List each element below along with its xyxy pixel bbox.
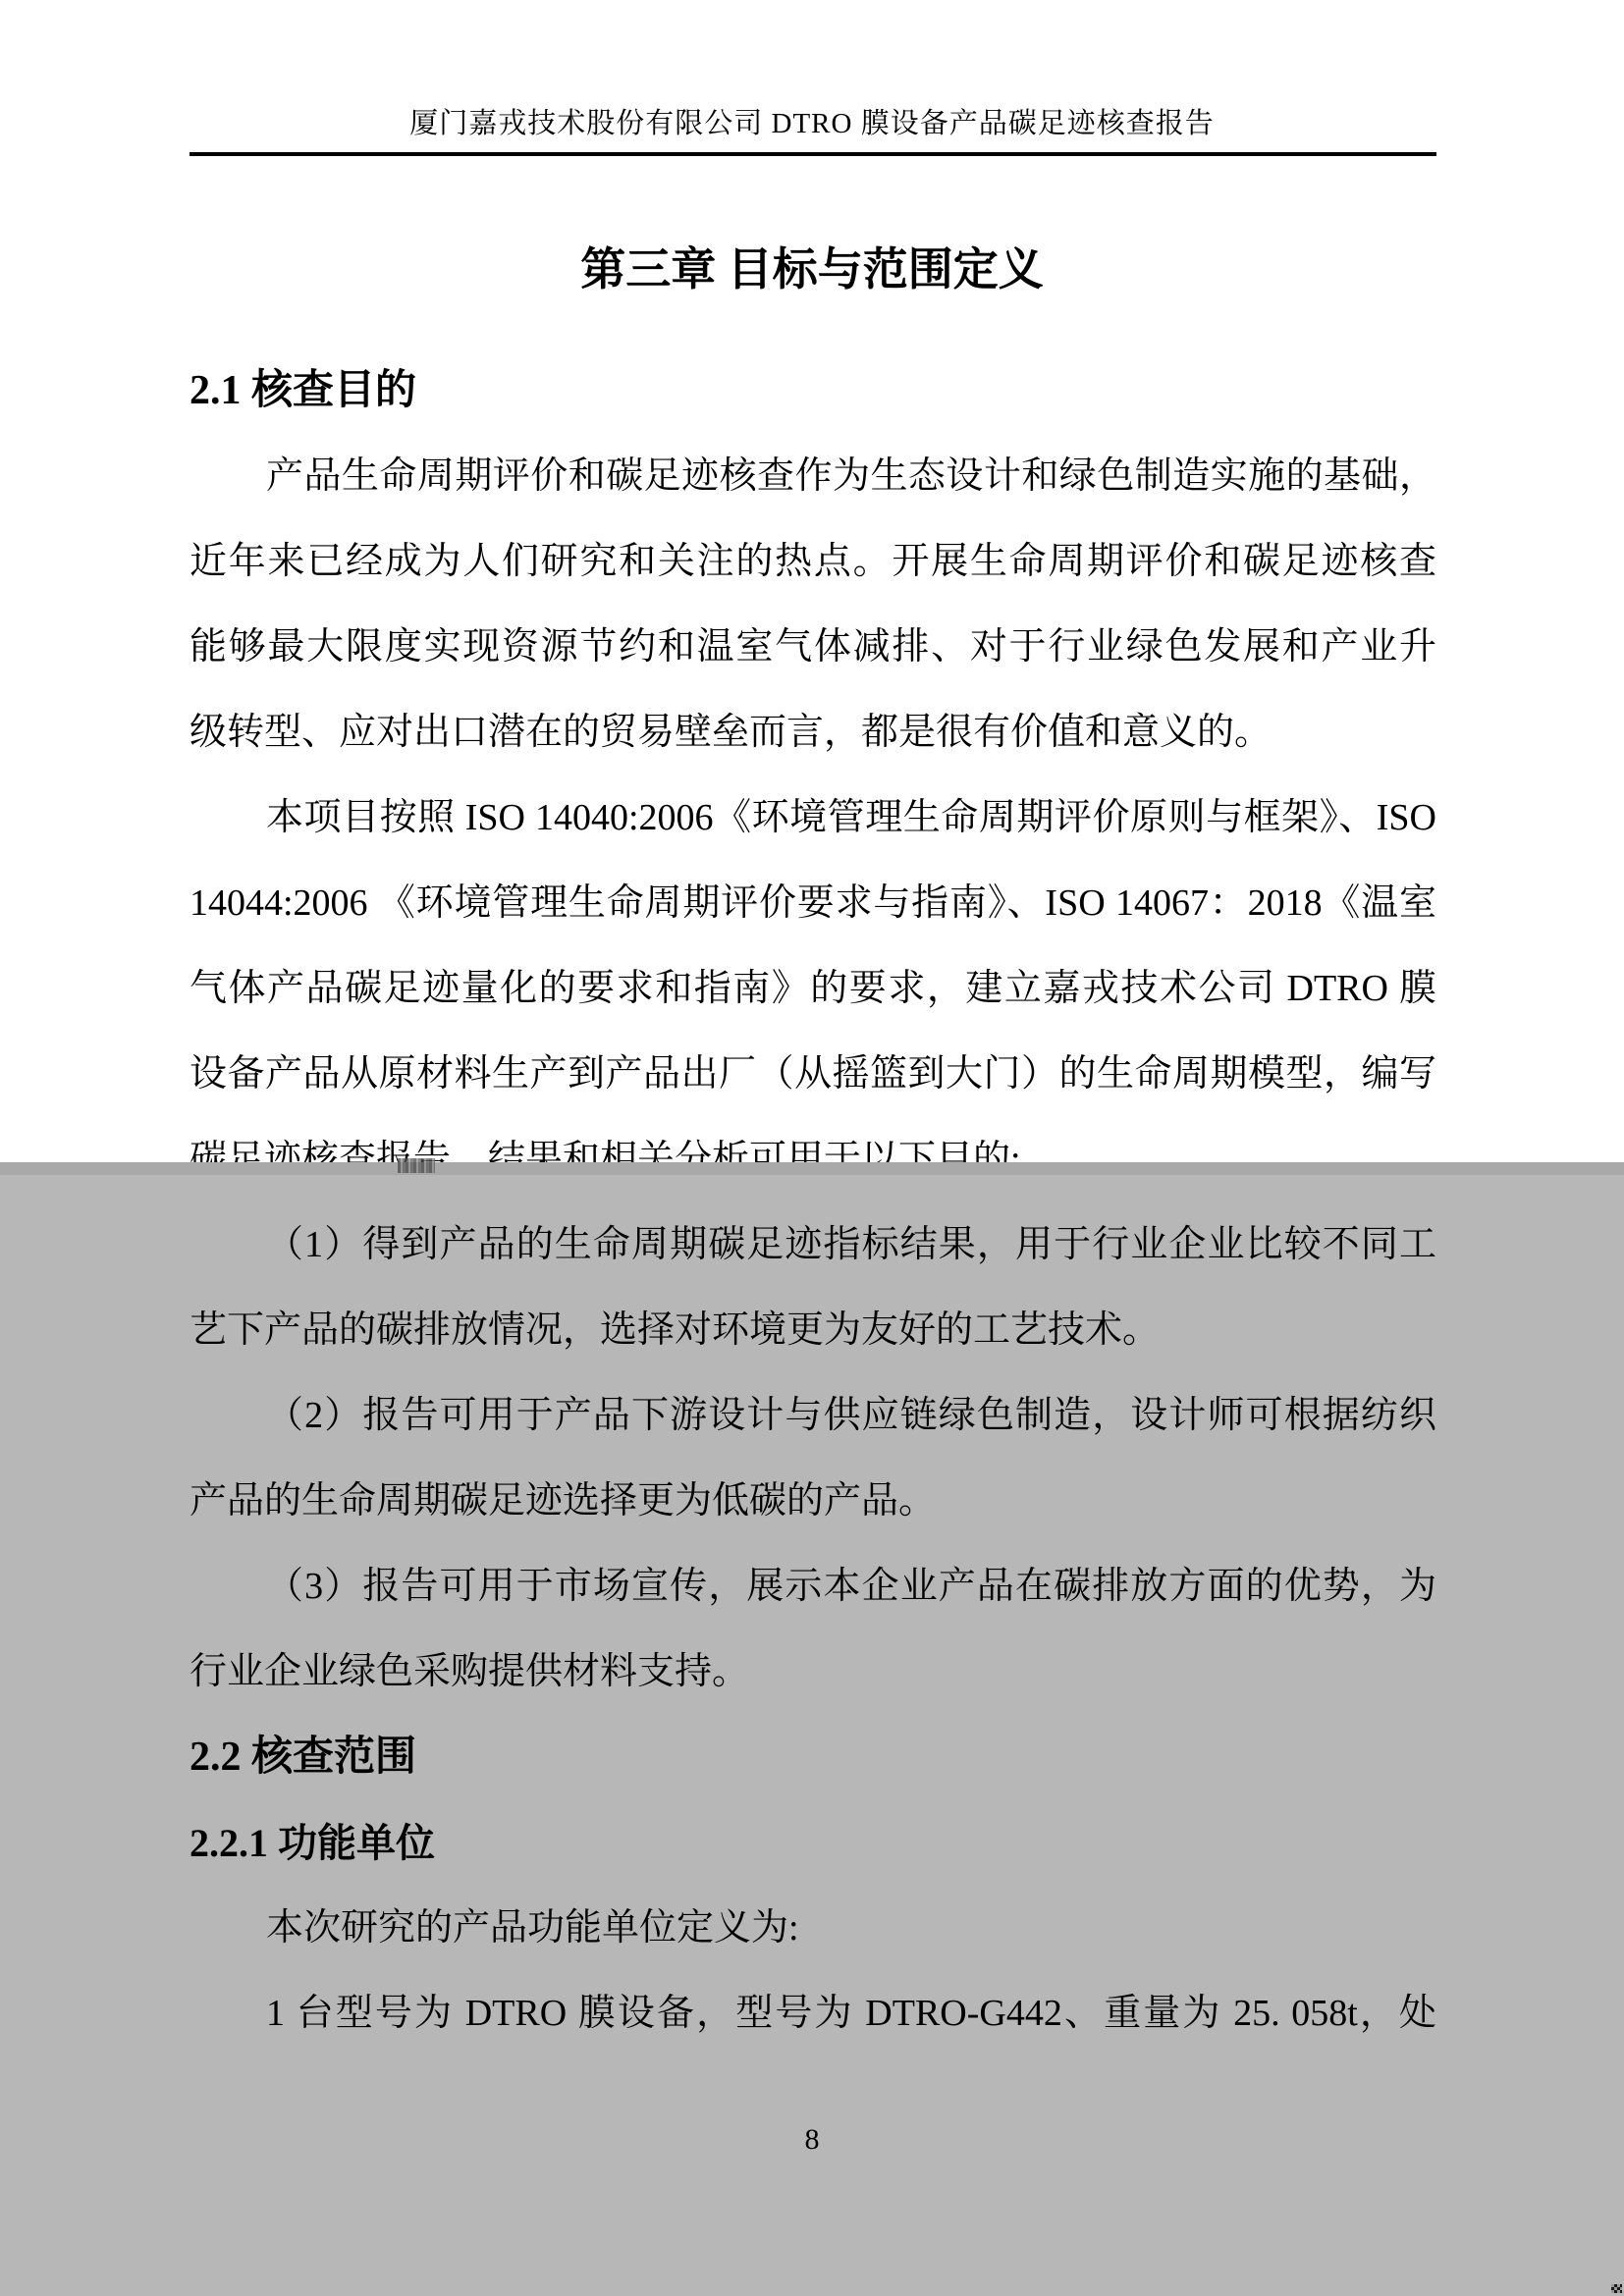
header-rule (189, 152, 1436, 156)
page-number: 8 (0, 2118, 1624, 2162)
paragraph-line: 14044:2006 《环境管理生命周期评价要求与指南》、ISO 14067：2… (189, 861, 1436, 946)
section-heading-2-2: 2.2 核查范围 (189, 1715, 1436, 1800)
paragraph-line: 产品生命周期评价和碳足迹核查作为生态设计和绿色制造实施的基础， (189, 434, 1436, 519)
section-heading-2-1: 2.1 核查目的 (189, 348, 1436, 434)
paragraph-line: 1 台型号为 DTRO 膜设备，型号为 DTRO-G442、重量为 25. 05… (189, 1971, 1436, 2056)
chapter-title: 第三章 目标与范围定义 (0, 236, 1624, 304)
paragraph-line: 级转型、应对出口潜在的贸易壁垒而言，都是很有价值和意义的。 (189, 690, 1436, 775)
paragraph-line: 艺下产品的碳排放情况，选择对环境更为友好的工艺技术。 (189, 1288, 1436, 1373)
paragraph-line: 能够最大限度实现资源节约和温室气体减排、对于行业绿色发展和产业升 (189, 605, 1436, 690)
paragraph-line: 产品的生命周期碳足迹选择更为低碳的产品。 (189, 1459, 1436, 1544)
body-text: 2.1 核查目的 产品生命周期评价和碳足迹核查作为生态设计和绿色制造实施的基础，… (189, 348, 1436, 2056)
corner-artifact (1611, 2284, 1622, 2293)
paragraph-line: 气体产品碳足迹量化的要求和指南》的要求，建立嘉戎技术公司 DTRO 膜 (189, 946, 1436, 1032)
paragraph-line: 本项目按照 ISO 14040:2006《环境管理生命周期评价原则与框架》、IS… (189, 775, 1436, 861)
paragraph-line: （2）报告可用于产品下游设计与供应链绿色制造，设计师可根据纺织 (189, 1373, 1436, 1459)
document-page: 厦门嘉戎技术股份有限公司 DTRO 膜设备产品碳足迹核查报告 第三章 目标与范围… (0, 0, 1624, 2296)
paragraph-line: 行业企业绿色采购提供材料支持。 (189, 1629, 1436, 1715)
paragraph-line: （1）得到产品的生命周期碳足迹指标结果，用于行业企业比较不同工 (189, 1202, 1436, 1288)
running-header-title: 厦门嘉戎技术股份有限公司 DTRO 膜设备产品碳足迹核查报告 (0, 103, 1624, 144)
paragraph-line: 近年来已经成为人们研究和关注的热点。开展生命周期评价和碳足迹核查 (189, 519, 1436, 605)
artifact-smudge (398, 1158, 435, 1173)
paragraph-line: （3）报告可用于市场宣传，展示本企业产品在碳排放方面的优势，为 (189, 1544, 1436, 1629)
paragraph-line: 本次研究的产品功能单位定义为: (189, 1886, 1436, 1971)
section-heading-2-2-1: 2.2.1 功能单位 (189, 1800, 1436, 1886)
paragraph-line: 设备产品从原材料生产到产品出厂（从摇篮到大门）的生命周期模型，编写 (189, 1032, 1436, 1117)
